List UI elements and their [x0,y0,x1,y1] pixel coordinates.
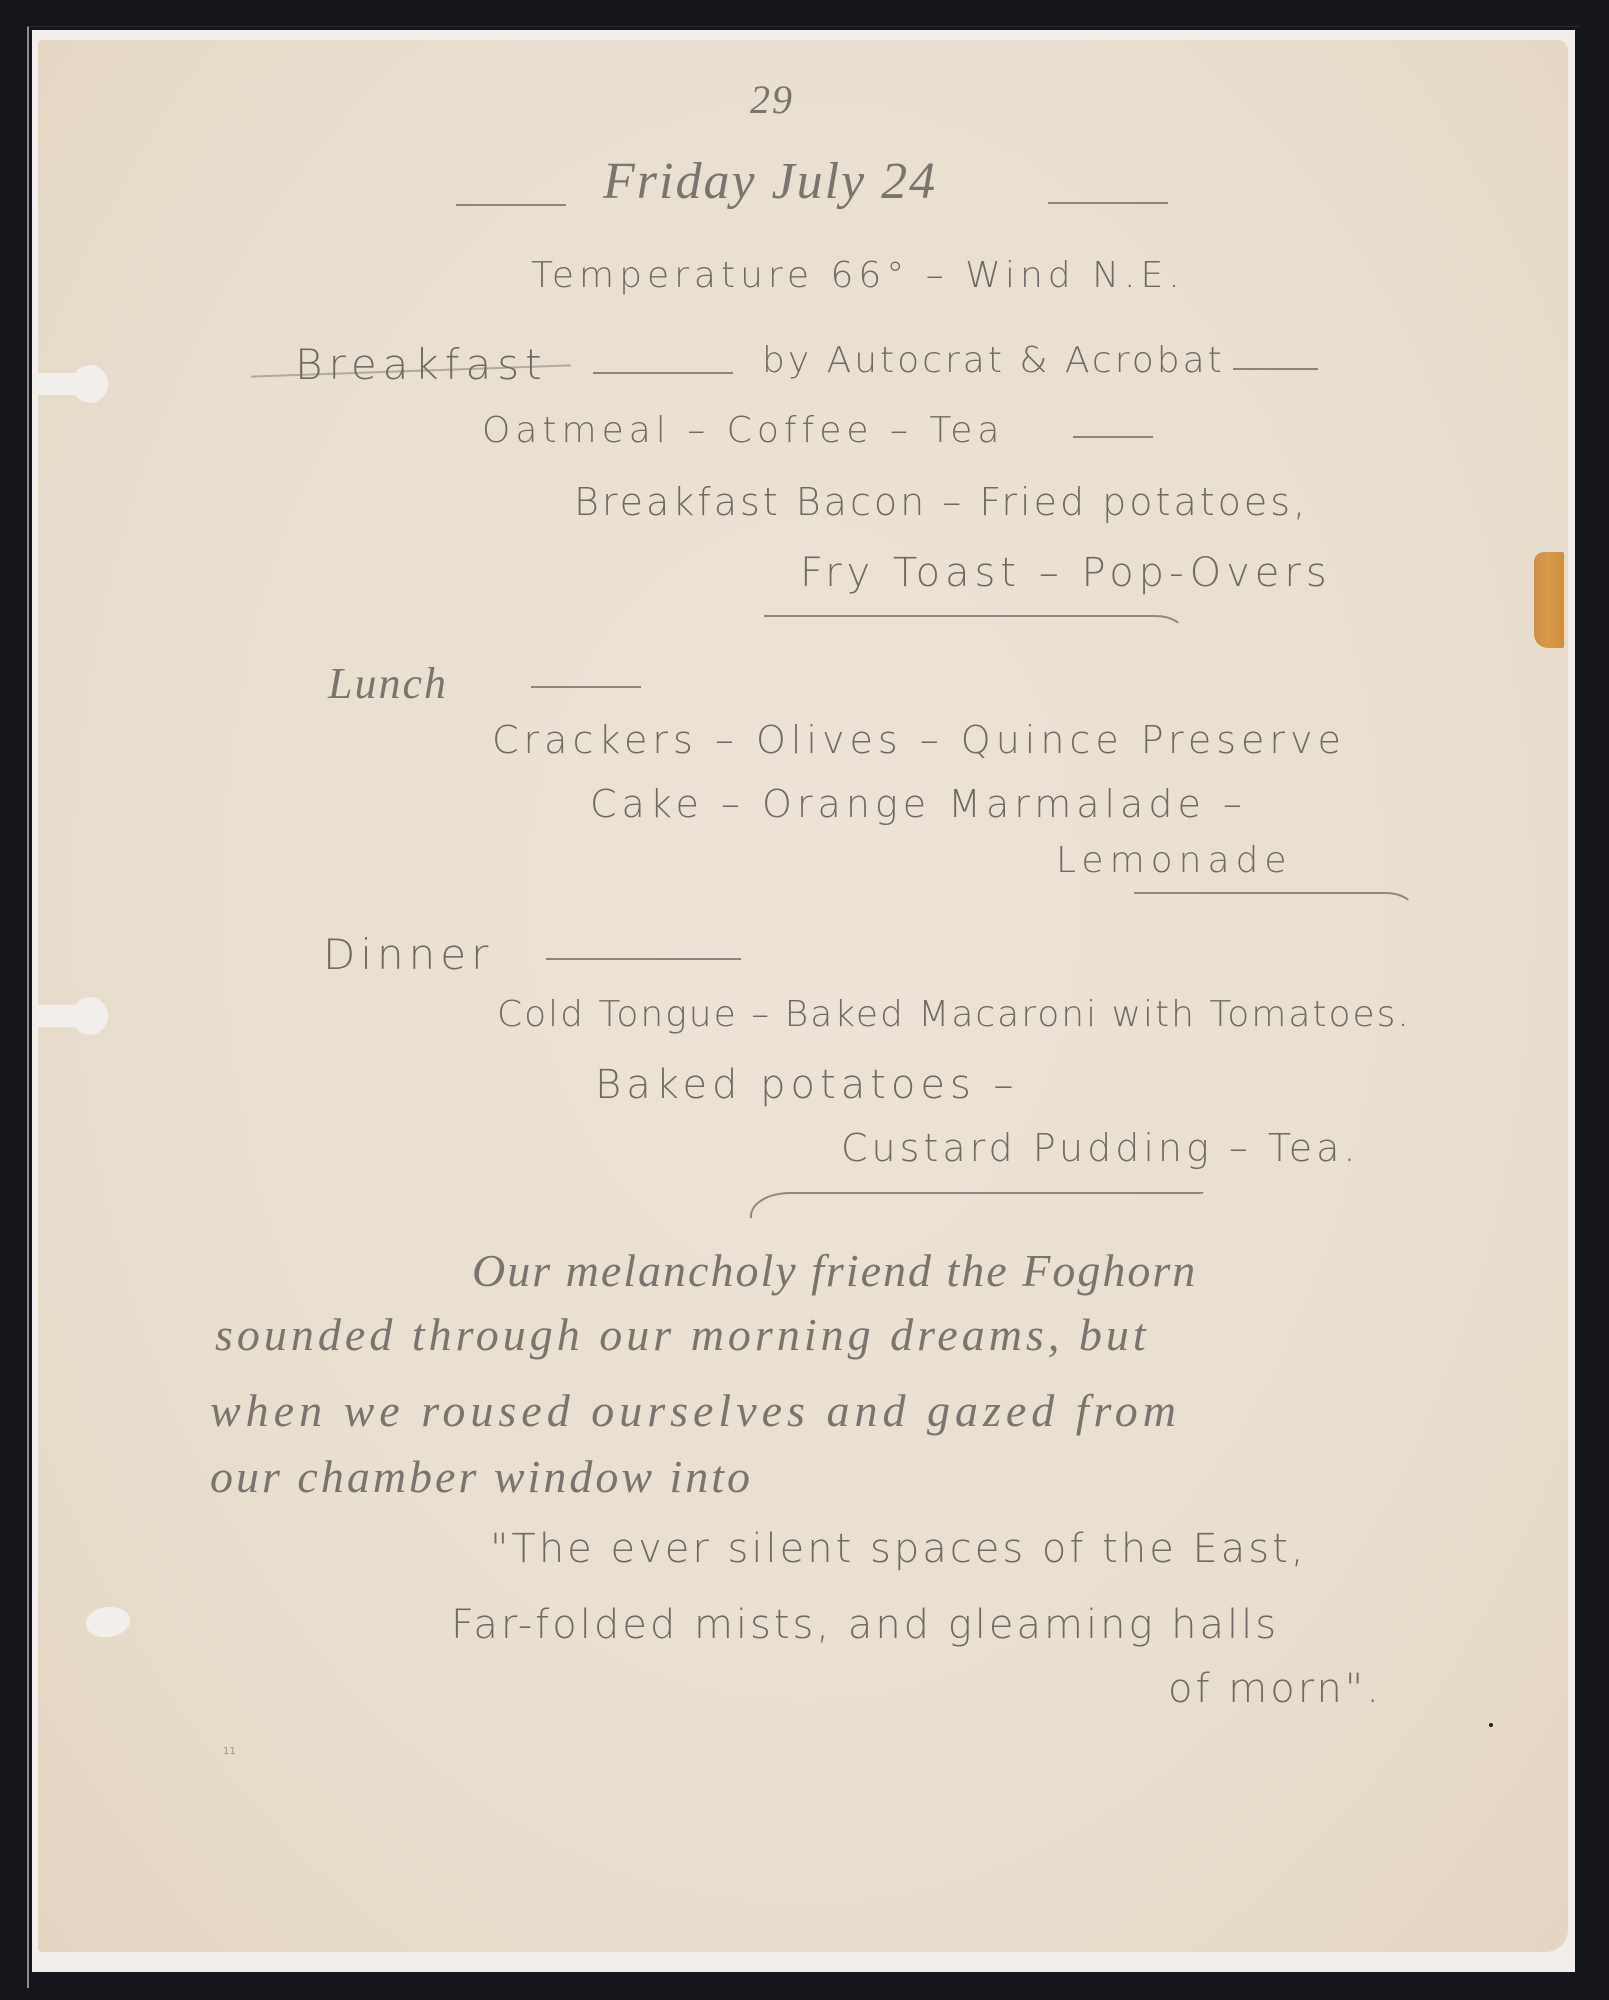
manuscript-page: 29 Friday July 24 Temperature 66° – Wind… [38,40,1568,1952]
lunch-rule [531,686,641,688]
binder-hole-top [38,373,102,395]
breakfast-byline: by Autocrat & Acrobat [762,340,1225,381]
breakfast-end-underline [764,615,1186,641]
quotation-line-2: Far-folded mists, and gleaming halls [451,1602,1279,1648]
narrative-line-3: when we roused ourselves and gazed from [210,1384,1181,1437]
narrative-line-2: sounded through our morning dreams, but [215,1308,1150,1361]
scan-speck [1489,1723,1493,1727]
page-number: 29 [750,76,794,123]
dinner-label: Dinner [323,930,493,979]
quotation-line-3: of morn". [1168,1666,1382,1712]
dinner-end-curve [750,1192,1204,1218]
binder-hole-bottom [84,1604,132,1640]
lunch-label: Lunch [328,658,448,709]
breakfast-item-2: Breakfast Bacon – Fried potatoes, [574,480,1308,524]
dinner-item-3: Custard Pudding – Tea. [841,1126,1359,1170]
dinner-item-1: Cold Tongue – Baked Macaroni with Tomato… [497,994,1411,1035]
date-heading: Friday July 24 [603,152,937,211]
weather-line: Temperature 66° – Wind N.E. [531,255,1185,296]
heading-rule-right [1048,202,1168,204]
breakfast-item-3: Fry Toast – Pop-Overs [800,550,1332,596]
lunch-end-underline [1134,892,1416,918]
lunch-item-1: Crackers – Olives – Quince Preserve [492,718,1346,762]
dinner-rule [546,958,741,960]
margin-mark: 11 [223,1746,236,1757]
breakfast-rule [593,372,733,374]
heading-rule-left [456,204,566,206]
lunch-item-2: Cake – Orange Marmalade – [590,782,1247,826]
quotation-line-1: "The ever silent spaces of the East, [490,1526,1307,1572]
binder-hole-middle [38,1005,102,1027]
byline-rule [1233,368,1318,370]
narrative-line-4: our chamber window into [210,1450,753,1503]
breakfast-label: Breakfast [295,340,548,389]
narrative-line-1: Our melancholy friend the Foghorn [472,1244,1197,1297]
dinner-item-2: Baked potatoes – [595,1062,1019,1108]
lunch-item-3: Lemonade [1056,840,1293,881]
breakfast-item-1: Oatmeal – Coffee – Tea [482,410,1004,451]
tape-stain [1534,552,1564,648]
breakfast-item-1-rule [1073,436,1153,438]
